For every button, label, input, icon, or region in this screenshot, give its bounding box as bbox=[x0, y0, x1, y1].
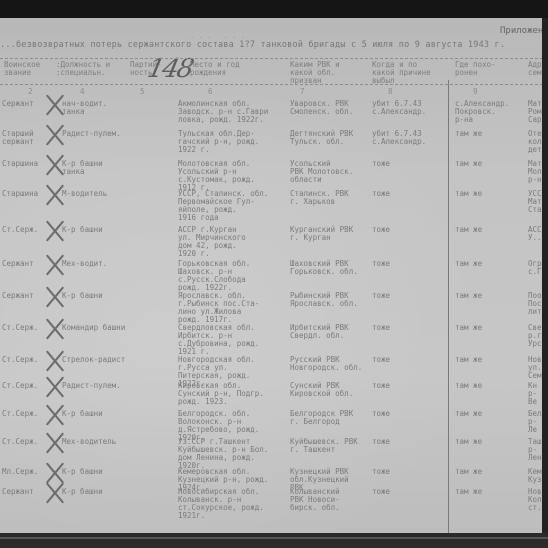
position: Мех-водитель bbox=[62, 438, 116, 446]
rank: Сержант bbox=[2, 260, 34, 268]
draft-office: Сунский РВК Кировской обл. bbox=[290, 382, 353, 398]
draft-office: Дегтянский РВК Тульск. обл. bbox=[290, 130, 353, 146]
column-header-party: Партий- ность bbox=[130, 61, 162, 77]
family-address: Кем Куз bbox=[528, 468, 542, 484]
draft-office: Курганский РВК г. Курган bbox=[290, 226, 353, 242]
position: Мех-водит. bbox=[62, 260, 107, 268]
loss-date: тоже bbox=[372, 226, 390, 234]
column-header-birth: Место и год рождения bbox=[190, 61, 240, 77]
column-number: 6 bbox=[208, 87, 213, 96]
burial-place: там же bbox=[455, 356, 482, 364]
loss-date: тоже bbox=[372, 382, 390, 390]
header-rule-bottom bbox=[0, 84, 548, 85]
birth-place: Горьковская обл. Шаховск. р-н с.Русск.Сл… bbox=[178, 260, 250, 292]
family-address: Све р.г Урс bbox=[528, 324, 542, 348]
birth-place: Тульская обл.Дер- гачский р-н, рожд. 192… bbox=[178, 130, 259, 154]
header-rule-top bbox=[0, 58, 548, 59]
loss-date: тоже bbox=[372, 488, 390, 496]
rank: Старшина bbox=[2, 190, 38, 198]
rank: Ст.Серж. bbox=[2, 438, 38, 446]
position: К-р башни bbox=[62, 488, 103, 496]
burial-place: там же bbox=[455, 130, 482, 138]
loss-date: тоже bbox=[372, 468, 390, 476]
birth-place: Ярославск. обл. г.Рыбинск пос.Ста- лино … bbox=[178, 292, 259, 324]
position: К-р башни bbox=[62, 292, 103, 300]
family-address: Бел р- Ле bbox=[528, 410, 542, 434]
draft-office: Усольский РВК Молотовск. области bbox=[290, 160, 353, 184]
rank: Ст.Серж. bbox=[2, 382, 38, 390]
rank: Ст.Серж. bbox=[2, 324, 38, 332]
family-address: Таш р- Лен bbox=[528, 438, 542, 462]
birth-place: Новосибирская обл. Колыванск. р-н ст.Сок… bbox=[178, 488, 264, 520]
burial-place: с.Александр. Покровск. р-на bbox=[455, 100, 509, 124]
birth-place: Кировская обл. Сунский р-н, Подгр. рожд.… bbox=[178, 382, 264, 406]
draft-office: Рыбинский РВК Ярославск. обл. bbox=[290, 292, 358, 308]
rank: Ст.Серж. bbox=[2, 356, 38, 364]
loss-date: убит 6.7.43 с.Александр. bbox=[372, 130, 426, 146]
appendix-label: Приложен bbox=[500, 26, 543, 36]
family-address: Огр с.Г bbox=[528, 260, 542, 276]
scan-bottom-border bbox=[0, 533, 548, 548]
draft-office: Русский РВК Новгородск. обл. bbox=[290, 356, 362, 372]
loss-date: тоже bbox=[372, 410, 390, 418]
loss-date: убит 6.7.43 с.Александр. bbox=[372, 100, 426, 116]
column-number: 2 bbox=[28, 87, 33, 96]
burial-place: там же bbox=[455, 260, 482, 268]
family-address: Нов ул. Сем bbox=[528, 356, 542, 380]
scan-top-border bbox=[0, 0, 548, 18]
burial-place: там же bbox=[455, 438, 482, 446]
column-divider bbox=[448, 80, 449, 533]
draft-office: Шаховский РВК Горьковск. обл. bbox=[290, 260, 358, 276]
family-address: Мат Мол р-н bbox=[528, 160, 542, 184]
loss-date: тоже bbox=[372, 260, 390, 268]
position: К-р башни танка bbox=[62, 160, 103, 176]
birth-place: Акмолинская обл. Заводск. р-н с.Гаври ло… bbox=[178, 100, 268, 124]
position: Радист-пулем. bbox=[62, 130, 121, 138]
position: К-р башни bbox=[62, 226, 103, 234]
burial-place: там же bbox=[455, 382, 482, 390]
faded-heading: . . . . . . bbox=[190, 32, 245, 40]
birth-place: Уз.ССР г.Ташкент Куйбышевск. р-н Бол. до… bbox=[178, 438, 268, 470]
birth-place: Молотовская обл. Усольский р-н с.Кустома… bbox=[178, 160, 255, 192]
rank: Ст.Серж. bbox=[2, 226, 38, 234]
burial-place: там же bbox=[455, 468, 482, 476]
burial-place: там же bbox=[455, 410, 482, 418]
document-title: ...безвозвратных потерь сержантского сос… bbox=[0, 40, 505, 50]
column-number: 8 bbox=[388, 87, 393, 96]
draft-office: Колыванский РВК Новоси- бирск. обл. bbox=[290, 488, 340, 512]
draft-office: Уваровск. РВК Смоленск. обл. bbox=[290, 100, 353, 116]
rank: Старшина bbox=[2, 160, 38, 168]
column-header-position: :Должность и :специальн. bbox=[56, 61, 110, 77]
rank: Сержант bbox=[2, 292, 34, 300]
burial-place: там же bbox=[455, 292, 482, 300]
family-address: Кн р- Ве bbox=[528, 382, 537, 406]
rank: Сержант bbox=[2, 100, 34, 108]
position: нач-водит. танка bbox=[62, 100, 107, 116]
position: Стрелок-радист bbox=[62, 356, 125, 364]
burial-place: там же bbox=[455, 160, 482, 168]
rank: Сержант bbox=[2, 488, 34, 496]
birth-place: АССР г.Курган ул. Мирчинского дом 42, ро… bbox=[178, 226, 246, 258]
draft-office: Куйбышевск. РВК г. Ташкент bbox=[290, 438, 358, 454]
column-header-when: Когда и по какой причине выбыл bbox=[372, 61, 431, 85]
position: Радист-пулем. bbox=[62, 382, 121, 390]
scan-right-edge bbox=[542, 18, 548, 533]
draft-office: Сталинск. РВК г. Харьков bbox=[290, 190, 349, 206]
burial-place: там же bbox=[455, 324, 482, 332]
column-number: 4 bbox=[80, 87, 85, 96]
position: К-р башни bbox=[62, 468, 103, 476]
rank: Старший сержант bbox=[2, 130, 34, 146]
burial-place: там же bbox=[455, 488, 482, 496]
draft-office: Белгородск РВК г. Белгород bbox=[290, 410, 353, 426]
birth-place: Свердловская обл. Ирбитск. р-н с.Дуброви… bbox=[178, 324, 259, 356]
rank: Ст.Серж. bbox=[2, 410, 38, 418]
family-address: Нов Кол ст. bbox=[528, 488, 542, 512]
family-address: Мат Ром Сар bbox=[528, 100, 542, 124]
position: Командир башни bbox=[62, 324, 125, 332]
birth-place: УССР, Сталинск. обл. Первомайское Гул- я… bbox=[178, 190, 268, 222]
draft-office: Ирбитский РВК Свердл. обл. bbox=[290, 324, 349, 340]
loss-date: тоже bbox=[372, 324, 390, 332]
loss-date: тоже bbox=[372, 160, 390, 168]
column-number: 7 bbox=[300, 87, 305, 96]
column-header-rvk: Каким РВК и какой обл. призван bbox=[290, 61, 340, 85]
column-number: 9 bbox=[473, 87, 478, 96]
document-page: Приложен . . . . . . ...безвозвратных по… bbox=[0, 18, 548, 533]
loss-date: тоже bbox=[372, 292, 390, 300]
loss-date: тоже bbox=[372, 438, 390, 446]
rank: Мл.Серж. bbox=[2, 468, 38, 476]
position: М-водитель bbox=[62, 190, 107, 198]
position: К-р башни bbox=[62, 410, 103, 418]
column-header-rank: Воинское звание bbox=[4, 61, 40, 77]
loss-date: тоже bbox=[372, 190, 390, 198]
column-number: 5 bbox=[140, 87, 145, 96]
burial-place: там же bbox=[455, 190, 482, 198]
loss-date: тоже bbox=[372, 356, 390, 364]
column-header-burial: Где похо- ронен bbox=[455, 61, 496, 77]
family-address: Поо Пос лит bbox=[528, 292, 542, 316]
burial-place: там же bbox=[455, 226, 482, 234]
